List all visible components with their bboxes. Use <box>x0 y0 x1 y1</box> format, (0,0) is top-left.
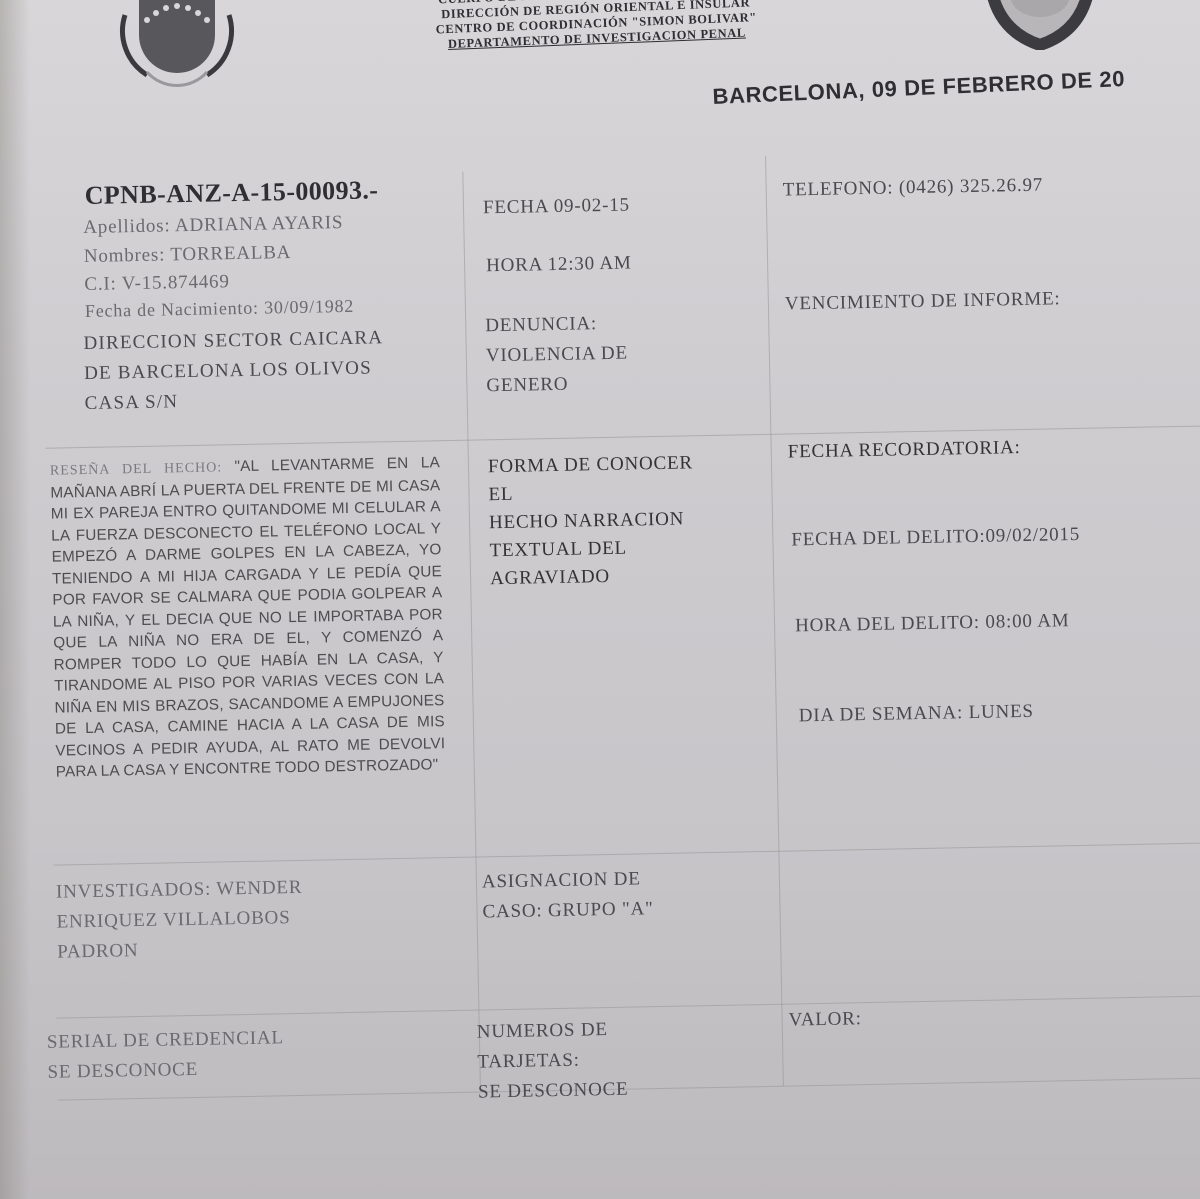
case-number: CPNB-ANZ-A-15-00093.- <box>84 175 378 211</box>
birthdate-field: Fecha de Nacimiento: 30/09/1982 <box>85 296 355 322</box>
forma-line: AGRAVIADO <box>490 561 695 593</box>
serial-line: SERIAL DE CREDENCIAL <box>47 1023 284 1058</box>
investigados-line: ENRIQUEZ VILLALOBOS <box>56 903 303 938</box>
serial-credencial-field: SERIAL DE CREDENCIAL SE DESCONOCE <box>47 1023 285 1088</box>
tarjetas-line: SE DESCONOCE <box>478 1075 629 1108</box>
address-line: CASA S/N <box>84 383 384 419</box>
investigados-line: PADRON <box>57 933 304 968</box>
fecha-recordatoria-field: FECHA RECORDATORIA: <box>788 437 1021 463</box>
hora-delito-field: HORA DEL DELITO: 08:00 AM <box>795 610 1070 637</box>
denuncia-field: DENUNCIA: VIOLENCIA DE GENERO <box>485 309 629 402</box>
serial-line: SE DESCONOCE <box>47 1053 284 1088</box>
denuncia-line: GENERO <box>486 369 629 402</box>
coat-of-arms-seal-icon <box>117 0 237 90</box>
investigados-line: INVESTIGADOS: WENDER <box>56 873 303 908</box>
police-shield-icon <box>985 0 1095 50</box>
nombres-field: Nombres: TORREALBA <box>84 242 292 268</box>
telefono-field: TELEFONO: (0426) 325.26.97 <box>783 175 1044 202</box>
asignacion-field: ASIGNACION DE CASO: GRUPO "A" <box>482 864 654 927</box>
institution-header: CUERPO DE POLICIA NACIONAL BOLIVARIANA D… <box>395 0 797 54</box>
resena-text: "AL LEVANTARME EN LA MAÑANA ABRÍ LA PUER… <box>50 454 445 780</box>
forma-line: FORMA DE CONOCER <box>488 449 693 481</box>
forma-conocer-field: FORMA DE CONOCER EL HECHO NARRACION TEXT… <box>488 449 696 593</box>
forma-line: TEXTUAL DEL <box>489 533 694 565</box>
hora-field: HORA 12:30 AM <box>486 252 632 277</box>
denuncia-line: VIOLENCIA DE <box>486 339 629 372</box>
record-form: CPNB-ANZ-A-15-00093.- Apellidos: ADRIANA… <box>30 137 1200 1120</box>
denuncia-line: DENUNCIA: <box>485 309 628 342</box>
address-line: DE BARCELONA LOS OLIVOS <box>84 353 384 389</box>
document-page: CUERPO DE POLICIA NACIONAL BOLIVARIANA D… <box>0 0 1200 1199</box>
address-field: DIRECCION SECTOR CAICARA DE BARCELONA LO… <box>83 323 384 419</box>
fecha-delito-field: FECHA DEL DELITO:09/02/2015 <box>791 524 1080 552</box>
tarjetas-line: TARJETAS: <box>477 1045 628 1078</box>
fecha-field: FECHA 09-02-15 <box>483 194 630 219</box>
asignacion-line: CASO: GRUPO "A" <box>482 894 654 927</box>
city-date: BARCELONA, 09 DE FEBRERO DE 20 <box>712 66 1126 110</box>
resena-narrative: RESEÑA DEL HECHO: "AL LEVANTARME EN LA M… <box>50 452 446 783</box>
tarjetas-line: NUMEROS DE <box>477 1015 628 1048</box>
dia-semana-field: DIA DE SEMANA: LUNES <box>799 701 1034 728</box>
resena-label: RESEÑA DEL HECHO: <box>50 460 223 478</box>
ci-field: C.I: V-15.874469 <box>84 271 230 296</box>
forma-line: EL <box>488 477 693 509</box>
apellidos-field: Apellidos: ADRIANA AYARIS <box>83 212 343 239</box>
numeros-tarjetas-field: NUMEROS DE TARJETAS: SE DESCONOCE <box>477 1015 629 1108</box>
valor-field: VALOR: <box>788 1008 861 1031</box>
asignacion-line: ASIGNACION DE <box>482 864 654 897</box>
investigados-field: INVESTIGADOS: WENDER ENRIQUEZ VILLALOBOS… <box>56 873 304 968</box>
forma-line: HECHO NARRACION <box>489 505 694 537</box>
vencimiento-field: VENCIMIENTO DE INFORME: <box>785 288 1061 315</box>
